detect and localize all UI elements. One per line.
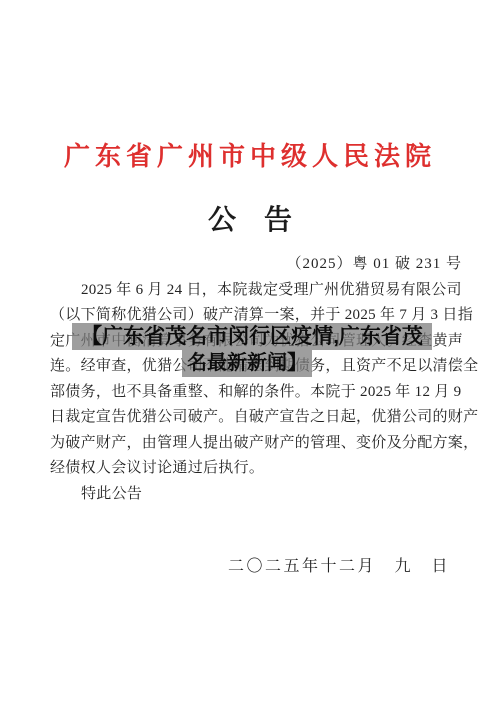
- case-number: （2025）粤 01 破 231 号: [50, 252, 462, 278]
- body-line: 2025 年 6 月 24 日，本院裁定受理广州优猎贸易有限公司: [50, 278, 462, 304]
- announcement-heading: 公 告: [0, 198, 500, 238]
- closing-line: 特此公告: [50, 482, 462, 508]
- body-line: 部债务，也不具备重整、和解的条件。本院于 2025 年 12 月 9: [50, 380, 462, 406]
- court-title: 广东省广州市中级人民法院: [0, 136, 500, 173]
- body-line: 为破产财产，由管理人提出破产财产的管理、变价及分配方案，: [50, 431, 462, 457]
- issue-date: 二〇二五年十二月 九 日: [228, 553, 450, 576]
- court-announcement-page: 广东省广州市中级人民法院 公 告 （2025）粤 01 破 231 号 2025…: [0, 0, 500, 706]
- overlay-line-2: 名最新新闻】: [182, 350, 312, 377]
- body-line: 经债权人会议讨论通过后执行。: [50, 456, 462, 482]
- news-title-overlay: 【广东省茂名市闵行区疫情,广东省茂 名最新新闻】: [0, 323, 500, 377]
- overlay-line-1: 【广东省茂名市闵行区疫情,广东省茂: [72, 323, 432, 350]
- body-line: 日裁定宣告优猎公司破产。自破产宣告之日起，优猎公司的财产: [50, 405, 462, 431]
- announcement-body: （2025）粤 01 破 231 号 2025 年 6 月 24 日，本院裁定受…: [50, 252, 462, 507]
